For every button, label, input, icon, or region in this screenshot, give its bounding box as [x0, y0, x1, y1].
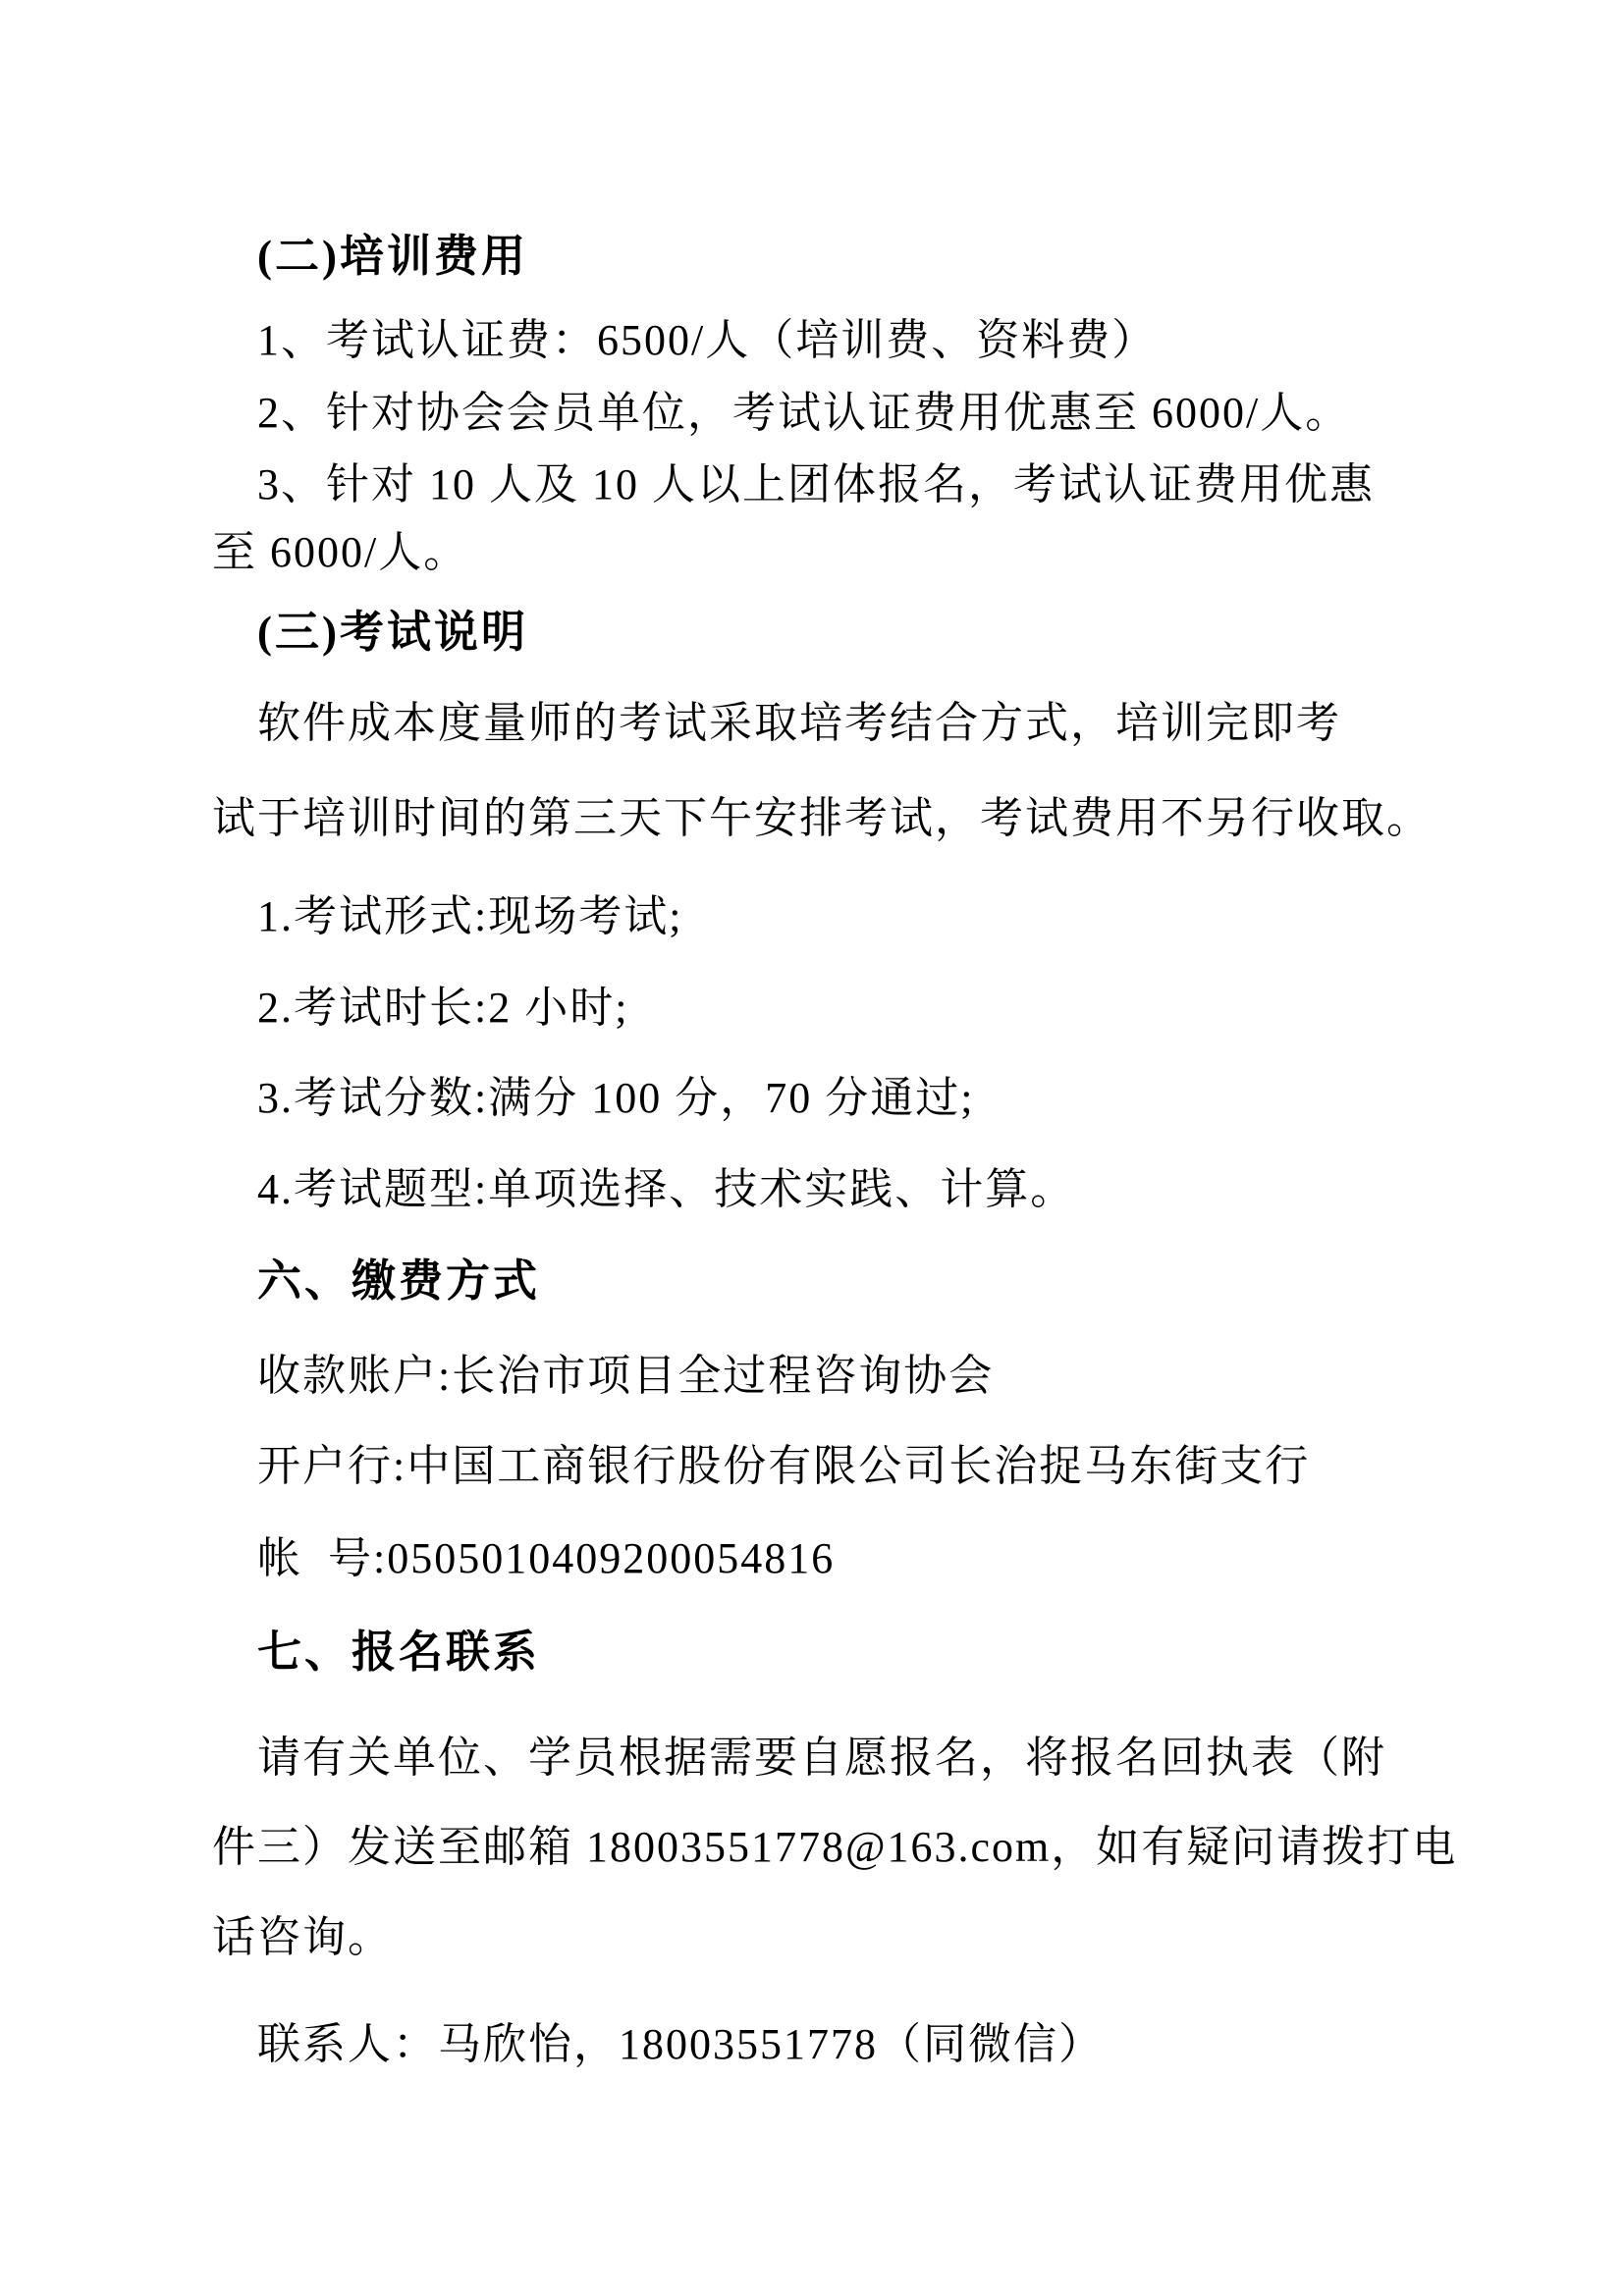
- exam-intro-line-1: 软件成本度量师的考试采取培考结合方式，培训完即考: [257, 700, 1341, 747]
- training-fee-item-2: 2、针对协会会员单位，考试认证费用优惠至 6000/人。: [257, 390, 1350, 437]
- registration-para-line-3: 话咨询。: [212, 1914, 393, 1961]
- registration-para-line-2: 件三）发送至邮箱 18003551778@163.com，如有疑问请拨打电: [212, 1824, 1457, 1871]
- payment-bank: 开户行:中国工商银行股份有限公司长治捉马东街支行: [257, 1443, 1310, 1490]
- training-fee-item-3-line-2: 至 6000/人。: [212, 529, 468, 576]
- payment-account-number: 帐 号:0505010409200054816: [257, 1535, 835, 1582]
- section-heading-training-fee: (二)培训费用: [257, 233, 528, 282]
- registration-para-line-1: 请有关单位、学员根据需要自愿报名，将报名回执表（附: [257, 1735, 1386, 1782]
- exam-detail-score: 3.考试分数:满分 100 分，70 分通过;: [257, 1075, 974, 1122]
- training-fee-item-1: 1、考试认证费：6500/人（培训费、资料费）: [257, 317, 1157, 364]
- document-page: (二)培训费用 1、考试认证费：6500/人（培训费、资料费） 2、针对协会会员…: [0, 0, 1624, 2296]
- exam-detail-question-types: 4.考试题型:单项选择、技术实践、计算。: [257, 1166, 1075, 1213]
- exam-detail-duration: 2.考试时长:2 小时;: [257, 985, 628, 1032]
- section-heading-payment-method: 六、缴费方式: [257, 1257, 540, 1307]
- exam-detail-format: 1.考试形式:现场考试;: [257, 893, 682, 940]
- section-heading-exam-notes: (三)考试说明: [257, 609, 528, 658]
- exam-intro-line-2: 试于培训时间的第三天下午安排考试，考试费用不另行收取。: [212, 795, 1432, 842]
- section-heading-registration-contact: 七、报名联系: [257, 1629, 540, 1678]
- contact-person-line: 联系人：马欣怡，18003551778（同微信）: [257, 2021, 1104, 2068]
- payment-payee-account: 收款账户:长治市项目全过程咨询协会: [257, 1353, 994, 1400]
- training-fee-item-3-line-1: 3、针对 10 人及 10 人以上团体报名，考试认证费用优惠: [257, 461, 1375, 508]
